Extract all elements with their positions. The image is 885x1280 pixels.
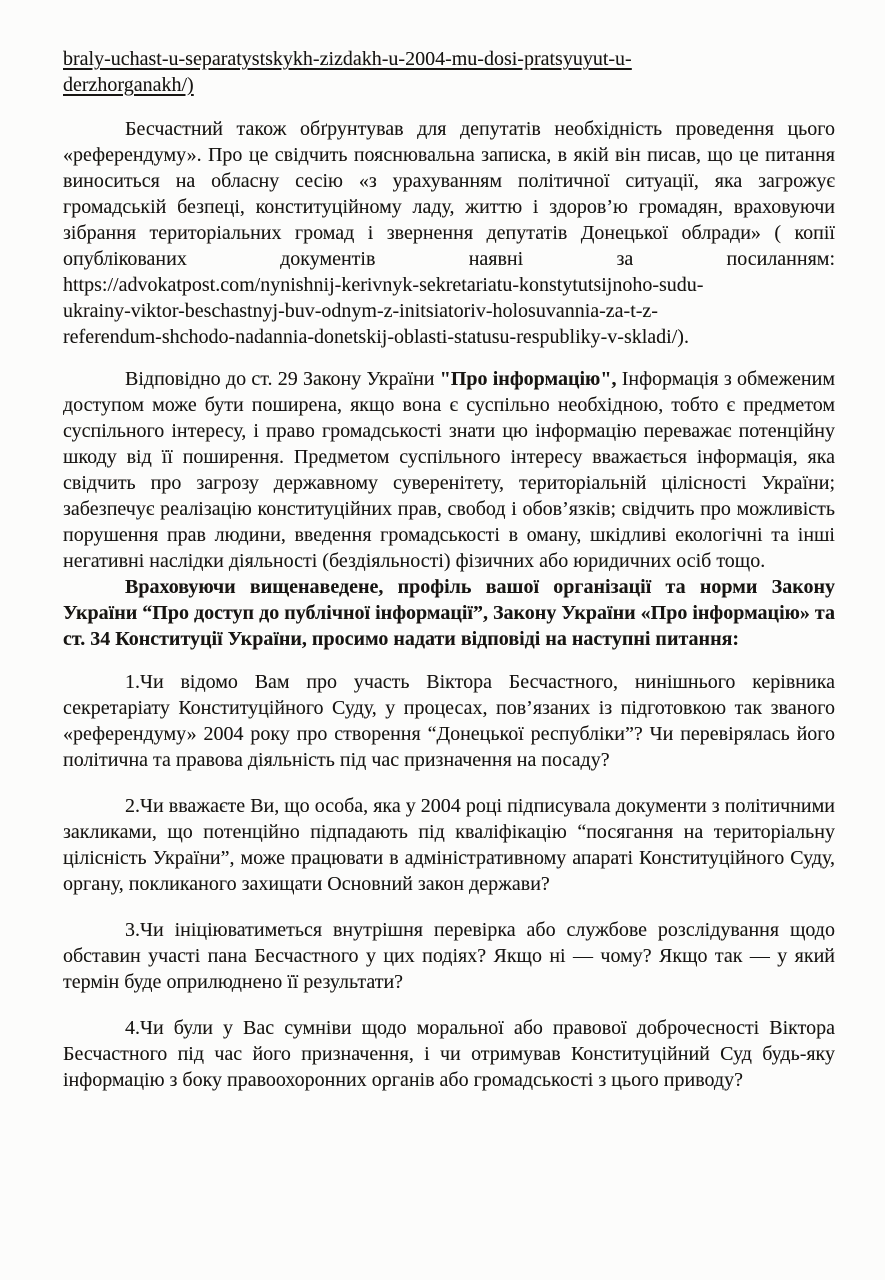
paragraph-beschastnyi-text: Бесчастний також обґрунтував для депутат…	[63, 118, 835, 270]
paragraph-request-bold: Враховуючи вищенаведене, профіль вашої о…	[63, 574, 835, 652]
question-2: 2.Чи вважаєте Ви, що особа, яка у 2004 р…	[63, 793, 835, 897]
paragraph-beschastnyi-justification: Бесчастний також обґрунтував для депутат…	[63, 116, 835, 272]
law-paragraph-body: Інформація з обмеженим доступом може бут…	[63, 368, 835, 572]
law-title-bold: "Про інформацію",	[440, 368, 622, 390]
scanned-document-page: braly-uchast-u-separatystskykh-zizdakh-u…	[0, 0, 885, 1280]
question-4: 4.Чи були у Вас сумніви щодо моральної а…	[63, 1015, 835, 1093]
advokatpost-url-line-2: ukrainy-viktor-beschastnyj-buv-odnym-z-i…	[63, 298, 835, 324]
advokatpost-url-line-1: https://advokatpost.com/nynishnij-kerivn…	[63, 272, 835, 298]
hyperlink-line-1[interactable]: braly-uchast-u-separatystskykh-zizdakh-u…	[63, 46, 835, 72]
law-paragraph-lead: Відповідно до ст. 29 Закону України	[125, 368, 440, 390]
advokatpost-url-block: https://advokatpost.com/nynishnij-kerivn…	[63, 272, 835, 350]
top-hyperlink-block: braly-uchast-u-separatystskykh-zizdakh-u…	[63, 46, 835, 98]
advokatpost-url-line-3: referendum-shchodo-nadannia-donetskij-ob…	[63, 324, 835, 350]
question-1: 1.Чи відомо Вам про участь Віктора Бесча…	[63, 669, 835, 773]
question-3: 3.Чи ініціюватиметься внутрішня перевірк…	[63, 917, 835, 995]
hyperlink-line-2[interactable]: derzhorganakh/)	[63, 72, 835, 98]
paragraph-law-on-information: Відповідно до ст. 29 Закону України "Про…	[63, 366, 835, 574]
